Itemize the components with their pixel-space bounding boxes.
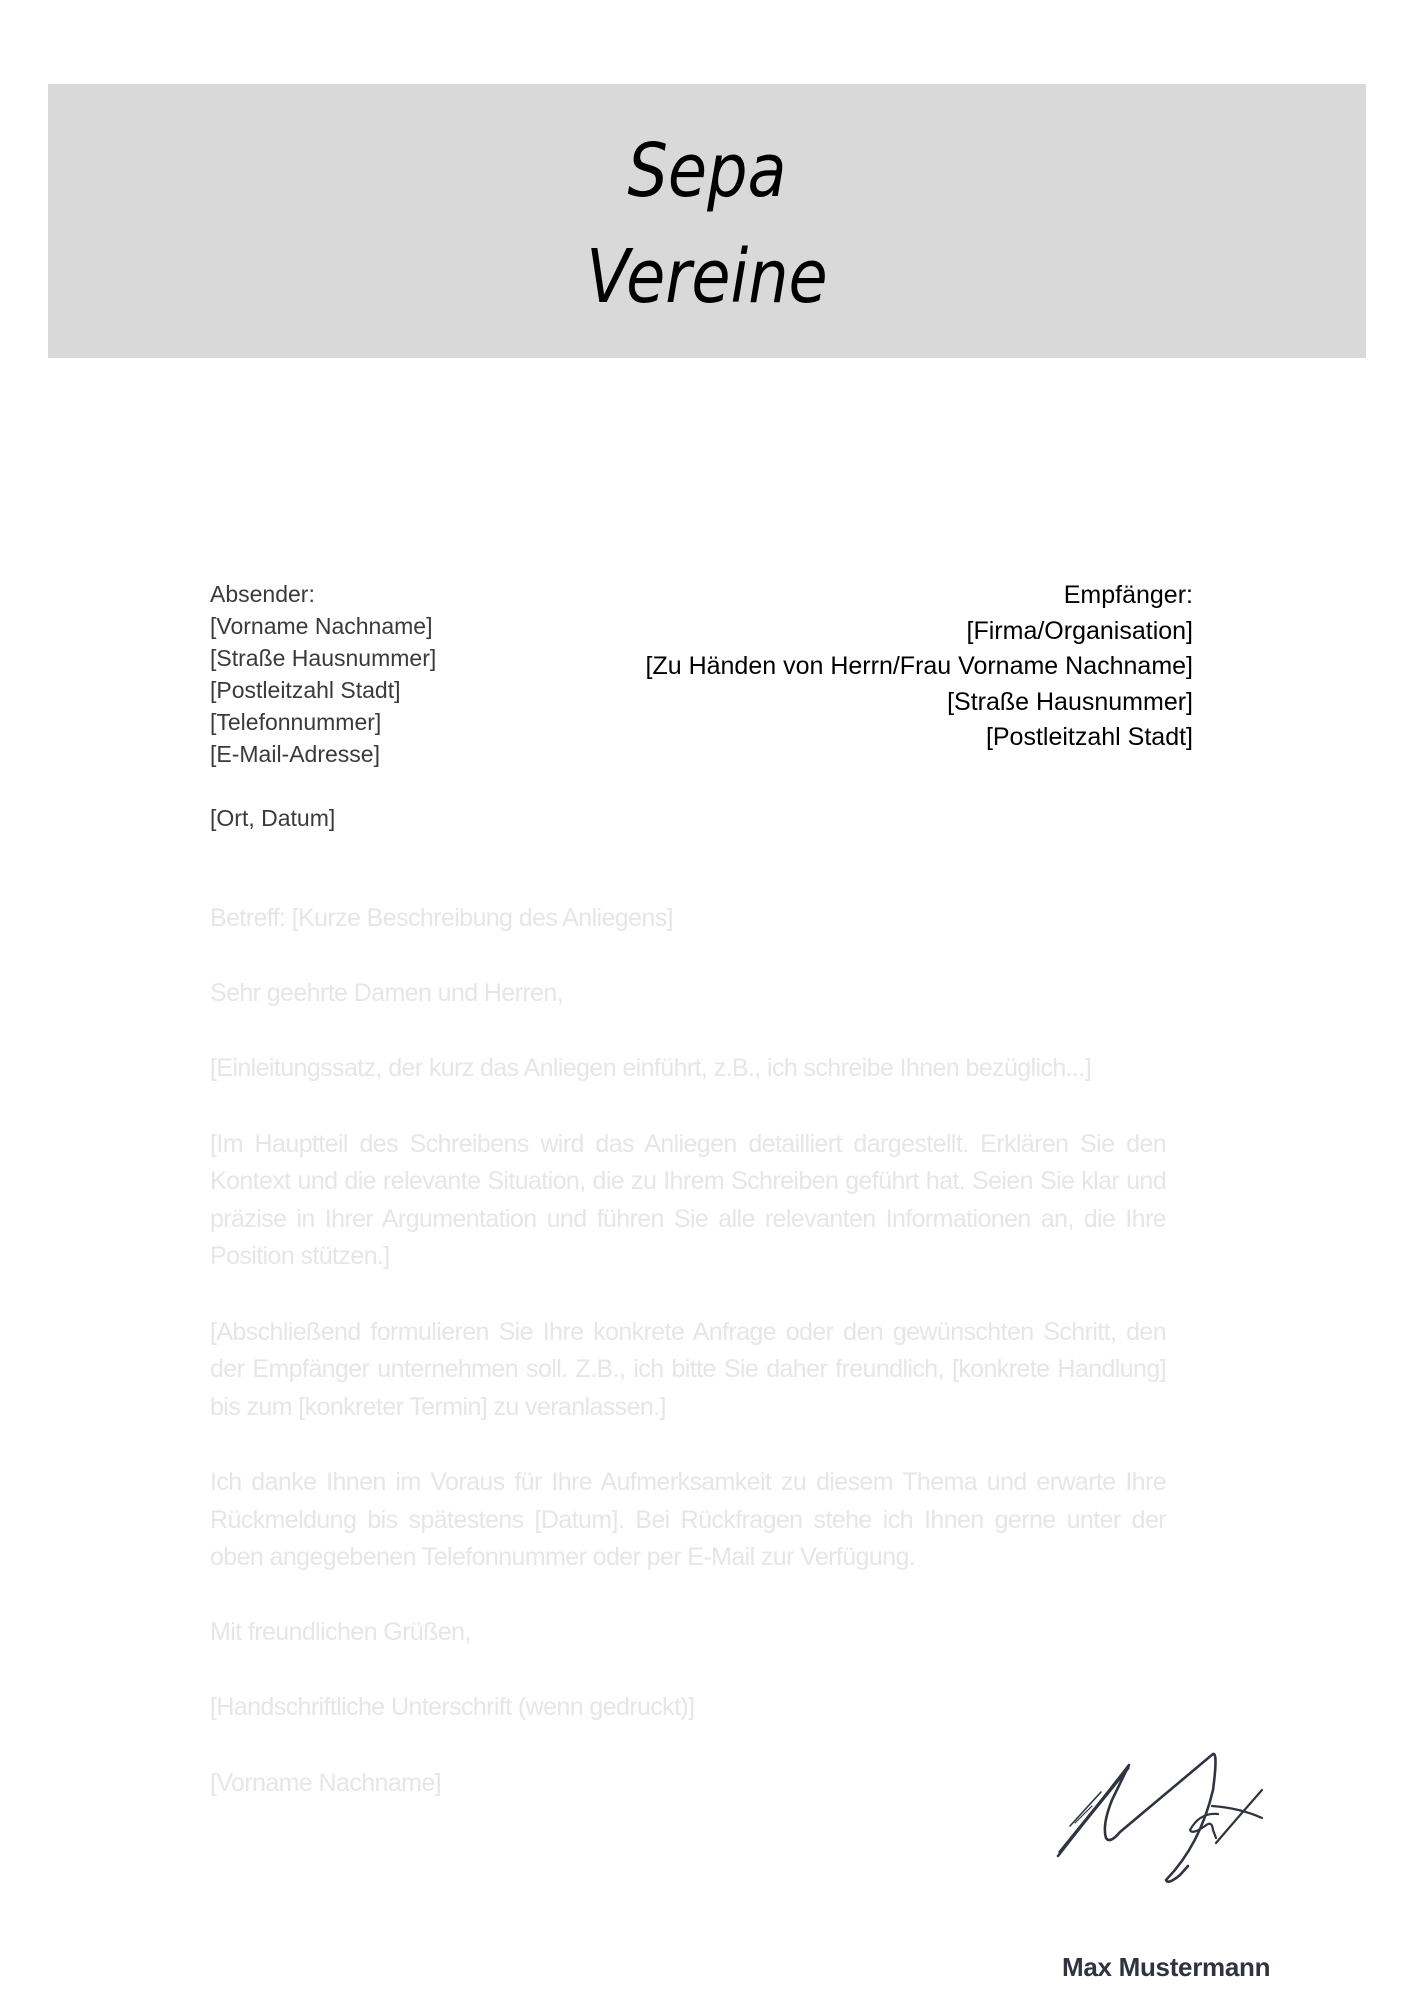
letter-body: Betreff: [Kurze Beschreibung des Anliege… [210, 900, 1166, 1840]
signer-name: Max Mustermann [1062, 1952, 1270, 1983]
closing: Mit freundlichen Grüßen, [210, 1614, 1166, 1652]
paragraph-request: [Abschließend formulieren Sie Ihre konkr… [210, 1314, 1166, 1427]
handwritten-signature-icon [1050, 1745, 1290, 1895]
paragraph-thanks: Ich danke Ihnen im Voraus für Ihre Aufme… [210, 1464, 1166, 1577]
spacer [210, 770, 436, 802]
sender-block: Absender: [Vorname Nachname] [Straße Hau… [210, 578, 436, 834]
header-band: Sepa Vereine [48, 84, 1366, 358]
sender-street: [Straße Hausnummer] [210, 642, 436, 674]
sender-email: [E-Mail-Adresse] [210, 738, 436, 770]
recipient-block: Empfänger: [Firma/Organisation] [Zu Händ… [646, 578, 1194, 756]
title-line-2: Vereine [140, 240, 1273, 314]
title-line-1: Sepa [140, 134, 1273, 208]
salutation: Sehr geehrte Damen und Herren, [210, 975, 1166, 1013]
sender-name: [Vorname Nachname] [210, 610, 436, 642]
recipient-street: [Straße Hausnummer] [646, 685, 1194, 721]
paragraph-main: [Im Hauptteil des Schreibens wird das An… [210, 1126, 1166, 1276]
recipient-company: [Firma/Organisation] [646, 614, 1194, 650]
signature-placeholder: [Handschriftliche Unterschrift (wenn ged… [210, 1689, 1166, 1727]
sender-label: Absender: [210, 578, 436, 610]
sender-phone: [Telefonnummer] [210, 706, 436, 738]
recipient-attention: [Zu Händen von Herrn/Frau Vorname Nachna… [646, 649, 1194, 685]
subject-line: Betreff: [Kurze Beschreibung des Anliege… [210, 900, 1166, 938]
recipient-city: [Postleitzahl Stadt] [646, 720, 1194, 756]
recipient-label: Empfänger: [646, 578, 1194, 614]
paragraph-intro: [Einleitungssatz, der kurz das Anliegen … [210, 1050, 1166, 1088]
name-placeholder: [Vorname Nachname] [210, 1765, 1166, 1803]
sender-city: [Postleitzahl Stadt] [210, 674, 436, 706]
place-date: [Ort, Datum] [210, 802, 436, 834]
